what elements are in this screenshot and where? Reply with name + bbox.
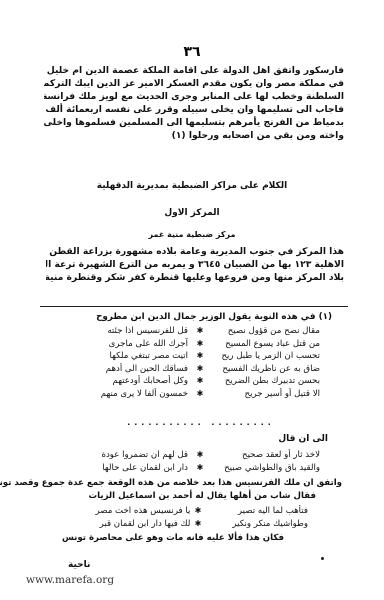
verse-second-hemistich: لاخذ ثار أو لعقد صحيح <box>212 449 320 462</box>
verse: قل للفرنسيس اذا جئته ✱ مقال نصح من قؤول … <box>80 325 320 338</box>
star-separator-icon: ✱ <box>192 350 208 363</box>
footnote-intro-text: في هذه النوبة يقول الوزير جمال الدين ابن… <box>96 312 315 322</box>
prose-line: واتفق ان ملك الفرنسيس هذا بعد خلاصه من ه… <box>0 478 342 488</box>
until-label: الى ان قال <box>278 434 328 444</box>
star-separator-icon: ✱ <box>192 449 208 462</box>
document-page: ٣٦ فارسكور واتفق اهل الدولة على اقامة ال… <box>0 0 384 600</box>
verse-first-hemistich: اتيت مصر تبتغي ملكها <box>80 350 188 363</box>
poem-block-2: قل لهم ان تضمروا عودة ✱ لاخذ ثار أو لعقد… <box>80 449 320 474</box>
text-line: الاهلية ١٢٣ بها من الصبيان ٣٦٤٥ و يمربه … <box>46 258 344 271</box>
verse: لك فيها دار ابن لقمان قبر ✱ وطواشيك منكر… <box>88 518 308 531</box>
verse-second-hemistich: مقال نصح من قؤول نصيح <box>212 325 320 338</box>
closing-line: فكان هذا فألا عليه فانه مات وهو على محاص… <box>62 533 284 543</box>
verse: قل لهم ان تضمروا عودة ✱ لاخذ ثار أو لعقد… <box>80 449 320 462</box>
section-title: الكلام على مراكز الضبطية بمديرية الدقهلي… <box>0 181 384 191</box>
star-separator-icon: ✱ <box>192 388 208 401</box>
verse: يا فرنسيس هذه اخت مصر ✱ فتأهب لما اليه ت… <box>88 505 308 518</box>
text-line: هذا المركز في جنوب المديرية وعامة بلاده … <box>46 245 344 258</box>
text-line: السلطنة وخطب لها على المنابر وجرى الحديث… <box>44 90 344 103</box>
star-separator-icon: ✱ <box>192 338 208 351</box>
bullet-dot-icon <box>321 557 324 560</box>
section-subsubtitle: مركز ضبطية منية غمر <box>0 230 384 239</box>
star-separator-icon: ✱ <box>192 363 208 376</box>
text-line: بدمياط من الفرنج يأمرهم بتسليمها الى الم… <box>44 116 344 129</box>
footnote-separator <box>40 306 348 307</box>
verse-first-hemistich: دار ابن لقمان على حالها <box>80 462 188 475</box>
star-separator-icon: ✱ <box>190 505 205 518</box>
star-separator-icon: ✱ <box>190 518 205 531</box>
verse-second-hemistich: بحسن تدبيرك بطن الضريح <box>212 375 320 388</box>
catchword: ناحية <box>68 560 90 570</box>
main-paragraph: فارسكور واتفق اهل الدولة على اقامة الملك… <box>44 64 344 142</box>
verse-second-hemistich: فتأهب لما اليه تصير <box>206 505 308 518</box>
text-line: واخته ومن بقي من اصحابه ورحلوا (١) <box>44 129 344 142</box>
verse-second-hemistich: وطواشيك منكر ونكير <box>206 518 308 531</box>
verse: آجرك الله على ماجرى ✱ من قتل عباد يسوع ا… <box>80 338 320 351</box>
section-paragraph: هذا المركز في جنوب المديرية وعامة بلاده … <box>46 245 344 284</box>
page-number: ٣٦ <box>0 44 384 60</box>
text-line: بلاد المركز منها ومن فروعها وعليها قنطرة… <box>46 271 344 284</box>
verse: دار ابن لقمان على حالها ✱ والقيد باق وال… <box>80 462 320 475</box>
verse: فساقك الحين الى أدهم ✱ ضاق به عن ناظريك … <box>80 363 320 376</box>
prose-line: فقال شاب من أهلها يقال له أحمد بن اسماعي… <box>88 491 316 501</box>
footnote-intro: (١) في هذه النوبة يقول الوزير جمال الدين… <box>96 312 332 322</box>
verse-first-hemistich: وكل أصحابك أودعتهم <box>80 375 188 388</box>
text-line: فارسكور واتفق اهل الدولة على اقامة الملك… <box>44 64 344 77</box>
footnote-marker: (١) <box>319 312 332 322</box>
star-separator-icon: ✱ <box>192 375 208 388</box>
section-subtitle: المركز الاول <box>0 208 384 218</box>
star-separator-icon: ✱ <box>192 462 208 475</box>
verse-first-hemistich: قل لهم ان تضمروا عودة <box>80 449 188 462</box>
poem-block-1: قل للفرنسيس اذا جئته ✱ مقال نصح من قؤول … <box>80 325 320 400</box>
verse-second-hemistich: الا قتيل أو أسير جريح <box>212 388 320 401</box>
verse-first-hemistich: قل للفرنسيس اذا جئته <box>80 325 188 338</box>
poem-block-3: يا فرنسيس هذه اخت مصر ✱ فتأهب لما اليه ت… <box>88 505 308 530</box>
verse: خمسون ألفا لا يرى منهم ✱ الا قتيل أو أسي… <box>80 388 320 401</box>
verse-second-hemistich: والقيد باق والطواشي صبيح <box>212 462 320 475</box>
verse-first-hemistich: خمسون ألفا لا يرى منهم <box>80 388 188 401</box>
verse-second-hemistich: من قتل عباد يسوع المسيح <box>212 338 320 351</box>
verse-first-hemistich: يا فرنسيس هذه اخت مصر <box>88 505 190 518</box>
verse: اتيت مصر تبتغي ملكها ✱ تحسب ان الزمر يا … <box>80 350 320 363</box>
watermark-link[interactable]: www.marefa.org <box>26 574 114 586</box>
text-line: فاجاب الى تسليمها وان يخلى سبيله وقرر عل… <box>44 103 344 116</box>
verse-first-hemistich: آجرك الله على ماجرى <box>80 338 188 351</box>
text-line: في مملكة مصر وان يكون مقدم العسكر الامير… <box>44 77 344 90</box>
verse-first-hemistich: فساقك الحين الى أدهم <box>80 363 188 376</box>
verse: وكل أصحابك أودعتهم ✱ بحسن تدبيرك بطن الض… <box>80 375 320 388</box>
ellipsis-dots: ........... ......... <box>96 418 306 427</box>
verse-first-hemistich: لك فيها دار ابن لقمان قبر <box>88 518 190 531</box>
verse-second-hemistich: ضاق به عن ناظريك الفسيح <box>212 363 320 376</box>
verse-second-hemistich: تحسب ان الزمر يا طبل ريح <box>212 350 320 363</box>
star-separator-icon: ✱ <box>192 325 208 338</box>
